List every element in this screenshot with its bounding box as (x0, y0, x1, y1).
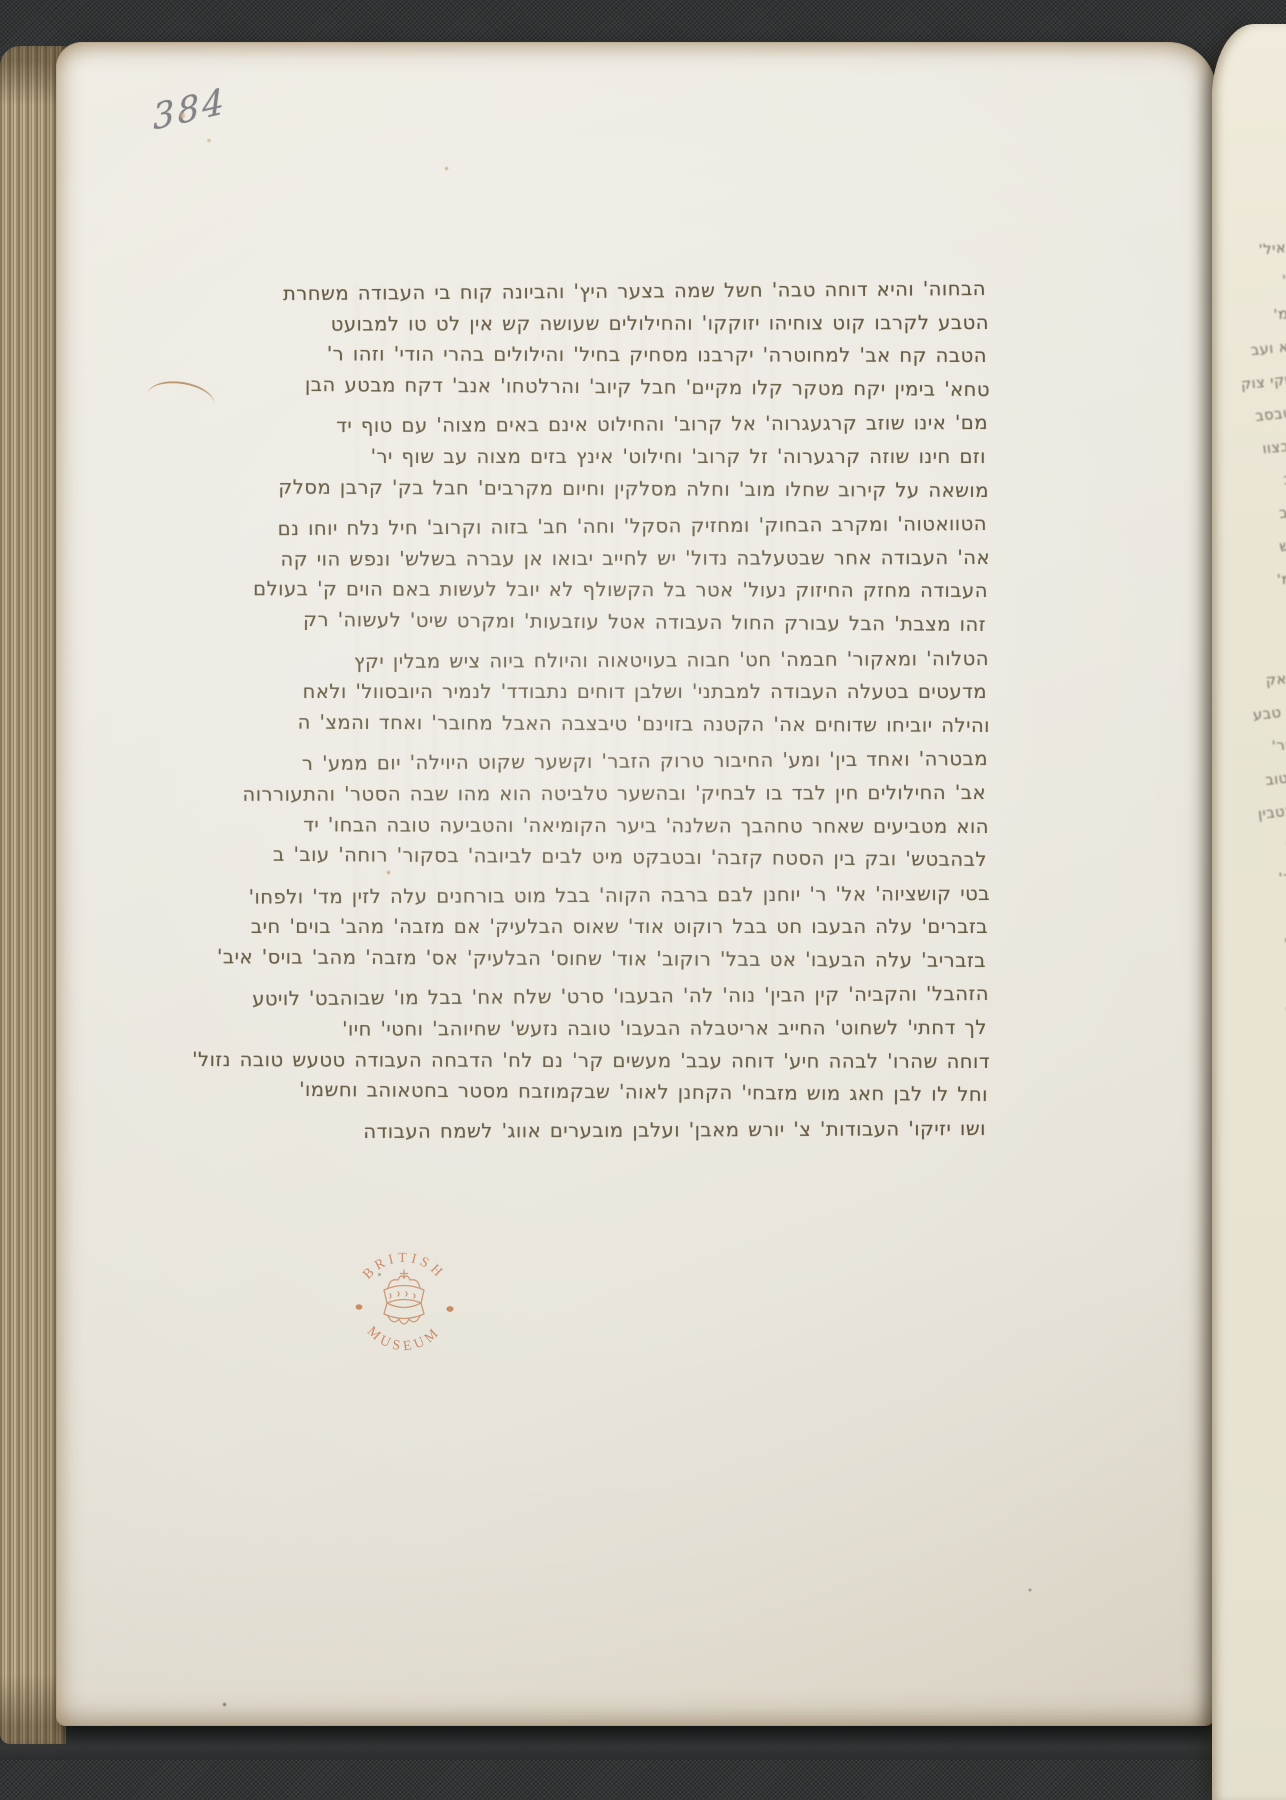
manuscript-line: אב' החילולים חין לבד בו לבחיק' ובהשער טל… (290, 776, 986, 811)
manuscript-line: וחל לו לבן חאג מוש מזבחי' הקחנן לאוה' שב… (292, 1073, 988, 1112)
dark-speck (1028, 1588, 1032, 1592)
manuscript-line: הטלוה' ומאקור' חבמה' חט' חבוה בעויטאוה ו… (293, 642, 989, 679)
svg-text:MUSEUM: MUSEUM (364, 1324, 444, 1354)
manuscript-line: הטבע לקרבו קוט צוחיהו יזוקקו' והחילולים … (293, 306, 989, 341)
manuscript-line: הטוואטוה' ומקרב הבחוק' ומחזיק הסקל' וחה'… (291, 507, 987, 546)
manuscript-line: מם' אינו שוזב קרגעגרוה' אל קרוב' והחילוט… (292, 406, 988, 443)
manuscript-line: ושו יזיקו' העבודות' צ' יורש מאבן' ועלבן … (290, 1112, 986, 1149)
manuscript-line: וזם חינו שוזה קרגערוה' זל קרוב' וחילוט' … (290, 440, 986, 474)
manuscript-line: העבודה מחזק החיזוק נעול' אטר בל הקשולף ל… (292, 573, 988, 608)
facing-page-edge: שבאיל'וימי'קן ימ'מריוא ועבבם שקי צוקשוח … (1212, 24, 1286, 1800)
manuscript-line: לבהבטש' ובק בין הסטח קזבה' ובטבקט מיט לב… (291, 838, 987, 877)
cover-bottom-ridge (0, 1726, 1286, 1760)
manuscript-line: והילה יוביחו שדוחים אה' הקטנה בזוינם' טי… (294, 705, 990, 742)
british-museum-stamp: BRITISH MUSEUM (346, 1248, 462, 1364)
manuscript-line: לך דחתי' לשחוט' החייב אריטבלה הבעבו' טוב… (291, 1011, 987, 1046)
foxing-spot (444, 166, 449, 171)
manuscript-line: מדעטים בטעלה העבודה למבתני' ושלבן דוחים … (291, 675, 987, 709)
stamp-left-dot (356, 1304, 363, 1309)
manuscript-line: הבחוה' והיא דוחה טבה' חשל שמה בצער היץ' … (290, 272, 986, 311)
stamp-right-dot (446, 1306, 453, 1312)
stray-fiber (147, 377, 217, 405)
manuscript-line: מבטרה' ואחד בין' ומע' החיבור טרוק הזבר' … (292, 742, 988, 781)
folio-number-pencil: 384 (152, 81, 228, 139)
foxing-spot (206, 138, 212, 143)
manuscript-line: אה' העבודה אחר שבטעלבה נדול' יש לחייב יב… (294, 541, 990, 576)
open-book-photograph: { "page_number": "384", "stamp": { "top_… (0, 0, 1286, 1800)
crown-icon (384, 1270, 424, 1324)
manuscript-line: בטי קושציוה' אל' ר' יוחנן לבם ברבה הקוה'… (294, 877, 990, 914)
manuscript-line: בזברים' עלה הבעבו חט בבל רוקוט אוד' שאוס… (292, 910, 988, 944)
manuscript-text-block: הבחוה' והיא דוחה טבה' חשל שמה בצער היץ' … (292, 272, 988, 1145)
manuscript-line: זהו מצבת' הבל עבורק החול העבודה אטל עוזב… (290, 603, 986, 642)
manuscript-line: בזבריב' עלה הבעבו' אט בבל' רוקוב' אוד' ש… (290, 940, 986, 977)
stamp-bottom-text: MUSEUM (364, 1324, 444, 1354)
manuscript-line: טחא' בימין יקח מטקר קלו מקיים' חבל קיוב'… (294, 368, 990, 407)
manuscript-line: הטבה קח אב' למחוטרה' יקרבנו מסחיק בחיל' … (291, 337, 987, 372)
dark-speck (222, 1702, 227, 1707)
manuscript-page: 384 הבחוה' והיא דוחה טבה' חשל שמה בצער ה… (56, 42, 1216, 1726)
manuscript-line: מושאה על קירוב שחלו מוב' וחלה מסלקין וחי… (293, 470, 989, 507)
